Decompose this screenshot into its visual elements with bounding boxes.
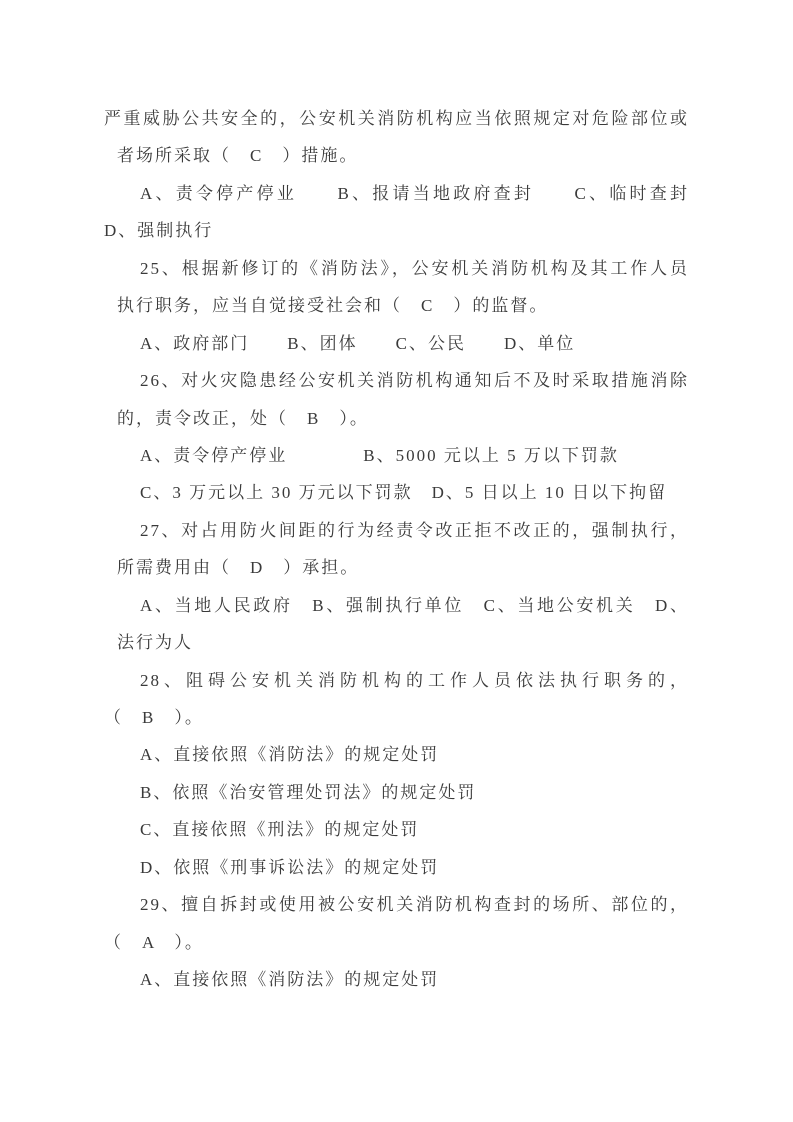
q28-option-b: B、依照《治安管理处罚法》的规定处罚 — [104, 774, 689, 811]
q29-stem-1: 29、擅自拆封或使用被公安机关消防机构查封的场所、部位的， — [104, 886, 689, 923]
q25-options: A、政府部门 B、团体 C、公民 D、单位 — [104, 325, 689, 362]
q27-options-2: 法行为人 — [104, 624, 689, 661]
q24-option-d: D、强制执行 — [104, 212, 689, 249]
q24-stem-cont-2: 者场所采取（ C ）措施。 — [104, 137, 689, 174]
q25-stem-1: 25、根据新修订的《消防法》，公安机关消防机构及其工作人员 — [104, 250, 689, 287]
q27-stem-2: 所需费用由（ D ）承担。 — [104, 549, 689, 586]
q29-stem-2: （ A ）。 — [104, 924, 689, 961]
q24-stem-cont-1: 严重威胁公共安全的，公安机关消防机构应当依照规定对危险部位或 — [104, 100, 689, 137]
q26-stem-2: 的，责令改正，处（ B ）。 — [104, 400, 689, 437]
q28-option-c: C、直接依照《刑法》的规定处罚 — [104, 811, 689, 848]
document-page: 严重威胁公共安全的，公安机关消防机构应当依照规定对危险部位或 者场所采取（ C … — [0, 0, 793, 1122]
q25-stem-2: 执行职务，应当自觉接受社会和（ C ）的监督。 — [104, 287, 689, 324]
q28-option-d: D、依照《刑事诉讼法》的规定处罚 — [104, 849, 689, 886]
q28-stem-2: （ B ）。 — [104, 699, 689, 736]
q24-options-abc: A、责令停产停业 B、报请当地政府查封 C、临时查封 — [104, 175, 689, 212]
q26-stem-1: 26、对火灾隐患经公安机关消防机构通知后不及时采取措施消除 — [104, 362, 689, 399]
q26-options-ab: A、责令停产停业 B、5000 元以上 5 万以下罚款 — [104, 437, 689, 474]
q27-options-1: A、当地人民政府 B、强制执行单位 C、当地公安机关 D、违 — [104, 587, 689, 624]
q28-option-a: A、直接依照《消防法》的规定处罚 — [104, 736, 689, 773]
q27-stem-1: 27、对占用防火间距的行为经责令改正拒不改正的，强制执行， — [104, 512, 689, 549]
document-body: 严重威胁公共安全的，公安机关消防机构应当依照规定对危险部位或 者场所采取（ C … — [104, 100, 689, 999]
q28-stem-1: 28、阻碍公安机关消防机构的工作人员依法执行职务的， — [104, 662, 689, 699]
q26-options-cd: C、3 万元以上 30 万元以下罚款 D、5 日以上 10 日以下拘留 — [104, 474, 689, 511]
q29-option-a: A、直接依照《消防法》的规定处罚 — [104, 961, 689, 998]
